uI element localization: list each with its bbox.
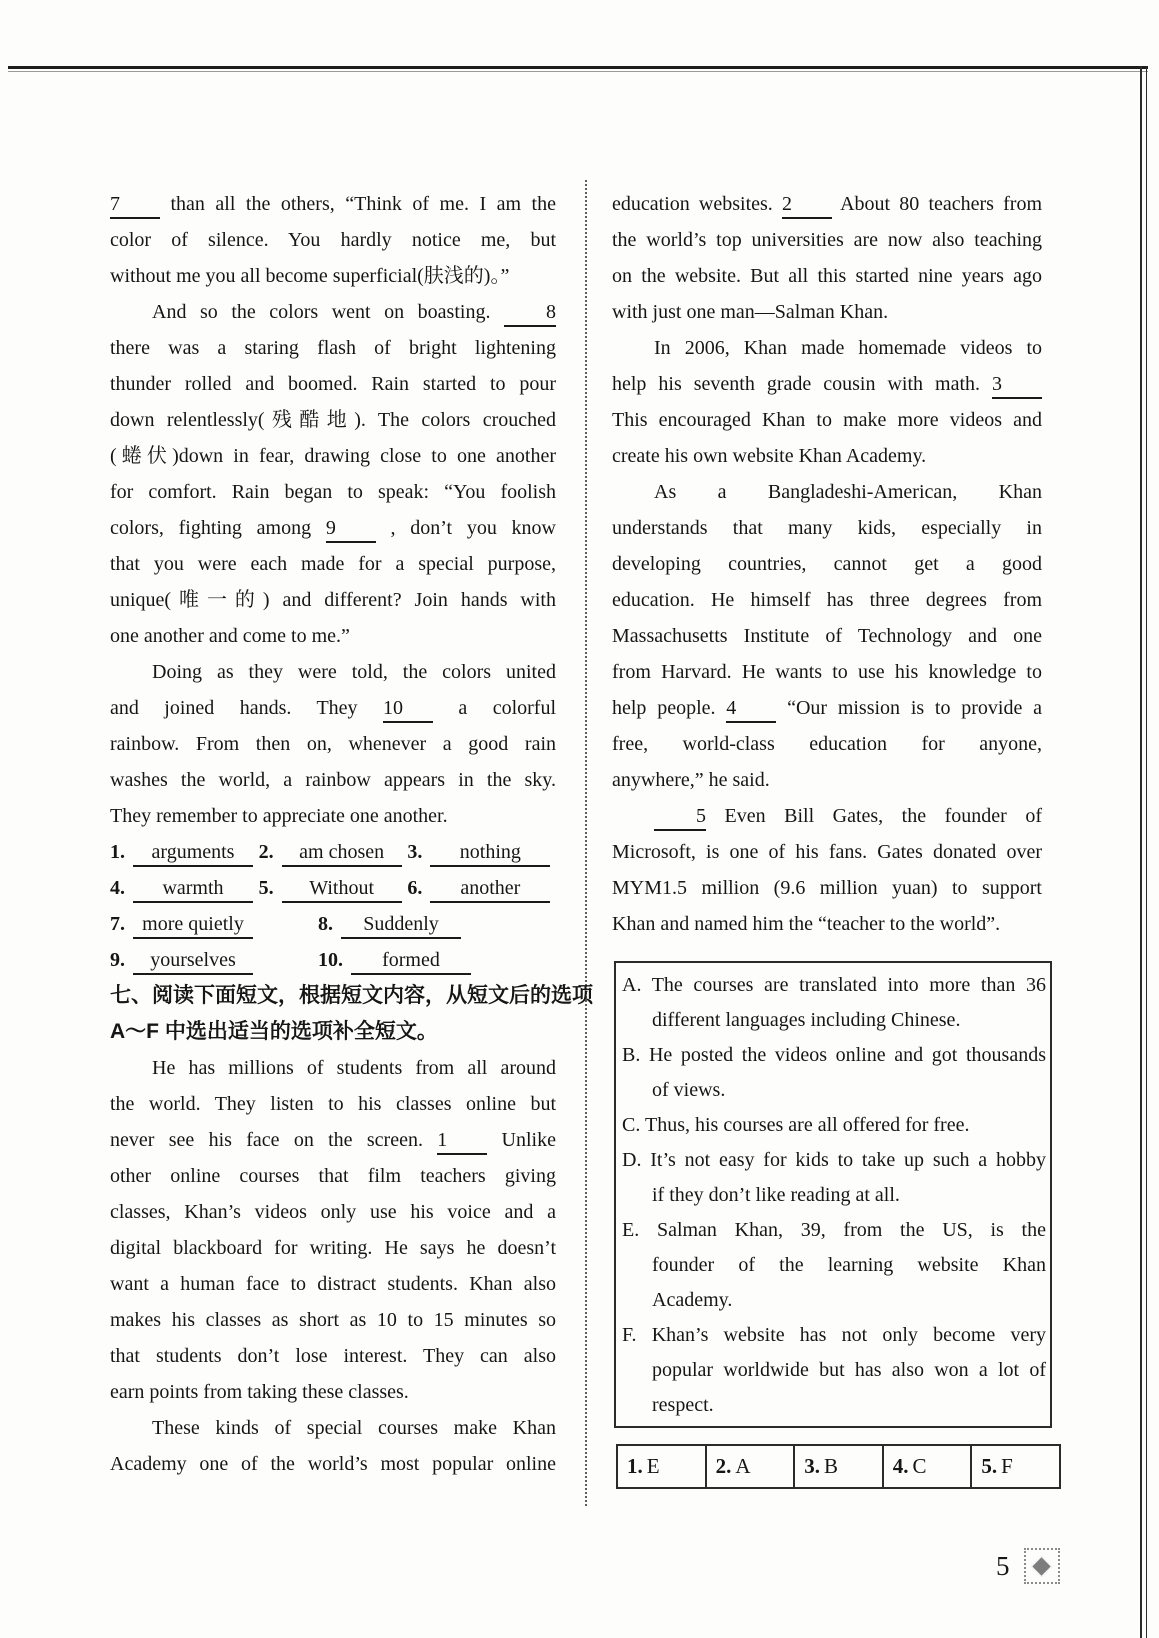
- text-line: that you were each made for a special pu…: [110, 546, 556, 582]
- answer-number: 7.: [110, 913, 125, 935]
- cloze-blank: 9: [326, 515, 376, 543]
- answer-number: 2.: [716, 1454, 732, 1478]
- answer-letter: C: [913, 1454, 927, 1478]
- text-line: different languages including Chinese.: [622, 1003, 1046, 1038]
- text-line: create his own website Khan Academy.: [612, 438, 1042, 474]
- text-line: 7 than all the others, “Think of me. I a…: [110, 186, 556, 222]
- top-rule: [8, 66, 1148, 69]
- text-line: anywhere,” he said.: [612, 762, 1042, 798]
- answer-item: 6.another: [407, 870, 556, 906]
- text-line: understands that many kids, especially i…: [612, 510, 1042, 546]
- answer-item: 8.Suddenly: [318, 906, 526, 942]
- answer-row: 1.arguments2.am chosen3.nothing: [110, 834, 556, 870]
- text-line: for comfort. Rain began to speak: “You f…: [110, 474, 556, 510]
- option-a: A. The courses are translated into more …: [622, 968, 1046, 1038]
- answer-text: arguments: [133, 839, 253, 867]
- text-line: These kinds of special courses make Khan: [110, 1410, 556, 1446]
- text-line: D. It’s not easy for kids to take up suc…: [622, 1143, 1046, 1178]
- text-line: As a Bangladeshi-American, Khan: [612, 474, 1042, 510]
- diamond-ornament-icon: [1024, 1548, 1060, 1584]
- text-line: developing countries, cannot get a good: [612, 546, 1042, 582]
- cloze-blank: 4: [726, 695, 776, 723]
- text-line: want a human face to distract students. …: [110, 1266, 556, 1302]
- answer-text: nothing: [430, 839, 550, 867]
- text-line: there was a staring flash of bright ligh…: [110, 330, 556, 366]
- text-line: of views.: [622, 1073, 1046, 1108]
- text-line: unique(唯一的) and different? Join hands wi…: [110, 582, 556, 618]
- answer-number: 4.: [110, 877, 125, 899]
- right-edge-rule: [1140, 66, 1147, 1638]
- paragraph: education websites. 2 About 80 teachers …: [612, 186, 1042, 330]
- khan-passage-part1: He has millions of students from all aro…: [110, 1050, 556, 1482]
- cloze-blank: 8: [504, 299, 556, 327]
- text-line: classes, Khan’s videos only use his voic…: [110, 1194, 556, 1230]
- answer-number: 3.: [407, 841, 422, 863]
- text-line: makes his classes as short as 10 to 15 m…: [110, 1302, 556, 1338]
- text-line: F. Khan’s website has not only become ve…: [622, 1318, 1046, 1353]
- answer-letter: A: [735, 1454, 750, 1478]
- answer-table-cell: 3.B: [795, 1446, 884, 1487]
- text-line: thunder rolled and boomed. Rain started …: [110, 366, 556, 402]
- option-f: F. Khan’s website has not only become ve…: [622, 1318, 1046, 1423]
- text-line: colors, fighting among 9 , don’t you kno…: [110, 510, 556, 546]
- right-column: education websites. 2 About 80 teachers …: [612, 186, 1042, 1489]
- text-line: B. He posted the videos online and got t…: [622, 1038, 1046, 1073]
- text-line: if they don’t like reading at all.: [622, 1178, 1046, 1213]
- answer-row: 7.more quietly8.Suddenly: [110, 906, 556, 942]
- cloze-blank: 1: [437, 1127, 487, 1155]
- text-line: the world. They listen to his classes on…: [110, 1086, 556, 1122]
- answer-number: 9.: [110, 949, 125, 971]
- text-line: Massachusetts Institute of Technology an…: [612, 618, 1042, 654]
- paragraph: Doing as they were told, the colors unit…: [110, 654, 556, 834]
- text-line: A. The courses are translated into more …: [622, 968, 1046, 1003]
- answer-number: 8.: [318, 913, 333, 935]
- cloze-blank: 10: [383, 695, 433, 723]
- paragraph: These kinds of special courses make Khan…: [110, 1410, 556, 1482]
- answer-row: 9.yourselves10.formed: [110, 942, 556, 978]
- answer-number: 3.: [804, 1454, 820, 1478]
- text-line: and joined hands. They 10 a colorful: [110, 690, 556, 726]
- answer-number: 10.: [318, 949, 343, 971]
- paragraph: 七、阅读下面短文，根据短文内容，从短文后的选项A～F 中选出适当的选项补全短文。: [110, 978, 556, 1050]
- fill-in-answers: 1.arguments2.am chosen3.nothing4.warmth5…: [110, 834, 556, 978]
- section-seven-heading: 七、阅读下面短文，根据短文内容，从短文后的选项A～F 中选出适当的选项补全短文。: [110, 978, 556, 1050]
- text-line: respect.: [622, 1388, 1046, 1423]
- answer-table-cell: 2.A: [707, 1446, 796, 1487]
- answer-item: 3.nothing: [407, 834, 556, 870]
- answer-number: 1.: [627, 1454, 643, 1478]
- text-line: education. He himself has three degrees …: [612, 582, 1042, 618]
- text-line: rainbow. From then on, whenever a good r…: [110, 726, 556, 762]
- text-line: from Harvard. He wants to use his knowle…: [612, 654, 1042, 690]
- answer-table-cell: 4.C: [884, 1446, 973, 1487]
- column-divider: [585, 180, 587, 1506]
- option-b: B. He posted the videos online and got t…: [622, 1038, 1046, 1108]
- text-line: C. Thus, his courses are all offered for…: [622, 1108, 1046, 1143]
- text-line: one another and come to me.”: [110, 618, 556, 654]
- left-column: 7 than all the others, “Think of me. I a…: [110, 186, 556, 1482]
- section-heading-line: A～F 中选出适当的选项补全短文。: [110, 1014, 556, 1050]
- text-line: Academy one of the world’s most popular …: [110, 1446, 556, 1482]
- answer-text: formed: [351, 947, 471, 975]
- answer-text: yourselves: [133, 947, 253, 975]
- answer-text: warmth: [133, 875, 253, 903]
- text-line: without me you all become superficial(肤浅…: [110, 258, 556, 294]
- answer-number: 4.: [893, 1454, 909, 1478]
- cloze-blank: 2: [782, 191, 832, 219]
- answer-row: 4.warmth5.Without6.another: [110, 870, 556, 906]
- page-number: 5: [996, 1551, 1010, 1582]
- text-line: They remember to appreciate one another.: [110, 798, 556, 834]
- answer-letter: F: [1001, 1454, 1013, 1478]
- paragraph: 7 than all the others, “Think of me. I a…: [110, 186, 556, 294]
- text-line: other online courses that film teachers …: [110, 1158, 556, 1194]
- text-line: free, world-class education for anyone,: [612, 726, 1042, 762]
- cloze-blank: 5: [654, 803, 706, 831]
- answer-number: 5.: [259, 877, 274, 899]
- text-line: (蜷伏)down in fear, drawing close to one a…: [110, 438, 556, 474]
- text-line: Microsoft, is one of his fans. Gates don…: [612, 834, 1042, 870]
- text-line: help people. 4 “Our mission is to provid…: [612, 690, 1042, 726]
- cloze-blank: 7: [110, 191, 160, 219]
- answer-letter: B: [824, 1454, 838, 1478]
- answer-text: more quietly: [133, 911, 253, 939]
- text-line: color of silence. You hardly notice me, …: [110, 222, 556, 258]
- text-line: the world’s top universities are now als…: [612, 222, 1042, 258]
- answer-number: 6.: [407, 877, 422, 899]
- text-line: earn points from taking these classes.: [110, 1374, 556, 1410]
- answer-text: Without: [282, 875, 402, 903]
- text-line: Academy.: [622, 1283, 1046, 1318]
- paragraph: And so the colors went on boasting. 8the…: [110, 294, 556, 654]
- option-e: E. Salman Khan, 39, from the US, is thef…: [622, 1213, 1046, 1318]
- text-line: washes the world, a rainbow appears in t…: [110, 762, 556, 798]
- options-box: A. The courses are translated into more …: [614, 961, 1052, 1428]
- paragraph: In 2006, Khan made homemade videos tohel…: [612, 330, 1042, 474]
- text-line: 5 Even Bill Gates, the founder of: [612, 798, 1042, 834]
- text-line: In 2006, Khan made homemade videos to: [612, 330, 1042, 366]
- text-line: E. Salman Khan, 39, from the US, is the: [622, 1213, 1046, 1248]
- text-line: MYM1.5 million (9.6 million yuan) to sup…: [612, 870, 1042, 906]
- text-line: He has millions of students from all aro…: [110, 1050, 556, 1086]
- khan-passage-part2: education websites. 2 About 80 teachers …: [612, 186, 1042, 942]
- text-line: on the website. But all this started nin…: [612, 258, 1042, 294]
- cloze-story: 7 than all the others, “Think of me. I a…: [110, 186, 556, 834]
- text-line: And so the colors went on boasting. 8: [110, 294, 556, 330]
- section-heading-line: 七、阅读下面短文，根据短文内容，从短文后的选项: [110, 978, 556, 1014]
- text-line: popular worldwide but has also won a lot…: [622, 1353, 1046, 1388]
- text-line: with just one man—Salman Khan.: [612, 294, 1042, 330]
- answer-number: 1.: [110, 841, 125, 863]
- diamond-shape: [1031, 1555, 1052, 1576]
- answer-item: 1.arguments: [110, 834, 259, 870]
- answer-number: 2.: [259, 841, 274, 863]
- text-line: Doing as they were told, the colors unit…: [110, 654, 556, 690]
- text-line: never see his face on the screen. 1 Unli…: [110, 1122, 556, 1158]
- text-line: education websites. 2 About 80 teachers …: [612, 186, 1042, 222]
- text-line: Khan and named him the “teacher to the w…: [612, 906, 1042, 942]
- answer-item: 5.Without: [259, 870, 408, 906]
- text-line: that students don’t lose interest. They …: [110, 1338, 556, 1374]
- answer-item: 2.am chosen: [259, 834, 408, 870]
- text-line: help his seventh grade cousin with math.…: [612, 366, 1042, 402]
- answer-table-cell: 5.F: [972, 1446, 1059, 1487]
- answer-item: 9.yourselves: [110, 942, 318, 978]
- answer-text: am chosen: [282, 839, 402, 867]
- text-line: down relentlessly(残酷地). The colors crouc…: [110, 402, 556, 438]
- option-c: C. Thus, his courses are all offered for…: [622, 1108, 1046, 1143]
- answer-item: 10.formed: [318, 942, 526, 978]
- answer-item: 4.warmth: [110, 870, 259, 906]
- page-footer: 5: [996, 1548, 1060, 1584]
- paragraph: He has millions of students from all aro…: [110, 1050, 556, 1410]
- text-line: founder of the learning website Khan: [622, 1248, 1046, 1283]
- answer-text: another: [430, 875, 550, 903]
- text-line: digital blackboard for writing. He says …: [110, 1230, 556, 1266]
- text-line: This encouraged Khan to make more videos…: [612, 402, 1042, 438]
- paragraph: As a Bangladeshi-American, Khanunderstan…: [612, 474, 1042, 798]
- answer-table: 1.E2.A3.B4.C5.F: [616, 1444, 1061, 1489]
- option-d: D. It’s not easy for kids to take up suc…: [622, 1143, 1046, 1213]
- answer-item: 7.more quietly: [110, 906, 318, 942]
- workbook-page: 7 than all the others, “Think of me. I a…: [0, 0, 1159, 1638]
- answer-letter: E: [647, 1454, 660, 1478]
- answer-table-cell: 1.E: [618, 1446, 707, 1487]
- answer-number: 5.: [981, 1454, 997, 1478]
- paragraph: 5 Even Bill Gates, the founder ofMicroso…: [612, 798, 1042, 942]
- cloze-blank: 3: [992, 371, 1042, 399]
- answer-text: Suddenly: [341, 911, 461, 939]
